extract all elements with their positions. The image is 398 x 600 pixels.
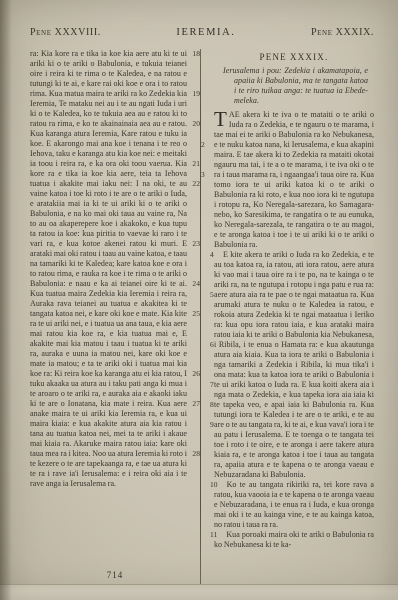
verse-number: 18 xyxy=(192,49,200,59)
page-bottom-edge xyxy=(0,584,398,600)
verse-number: 24 xyxy=(192,279,200,289)
verse-number: 6 xyxy=(201,340,214,350)
verse-number: 10 xyxy=(201,480,218,490)
verse-paragraph: ra: 18Kia kore ra e tika ia koe kia aere… xyxy=(30,49,187,489)
right-column: PENE XXXIX. Ierusalema i pou: Zedekia i … xyxy=(201,49,374,586)
verse-number: 20 xyxy=(192,119,200,129)
running-head-left-chapter: Pene XXXVIII. xyxy=(30,27,101,38)
verse-number: 21 xyxy=(192,159,200,169)
chapter-heading: PENE XXXIX. xyxy=(214,52,374,62)
verse-number: 8 xyxy=(201,400,214,410)
verse-number: 9 xyxy=(201,420,214,430)
verse-number: 5 xyxy=(201,290,214,300)
verse-paragraph: 4E kite akera te ariki o Iuda ra ko Zede… xyxy=(214,250,374,480)
verse-paragraph: 11Kua poroaki maira oki te ariki o Babul… xyxy=(214,530,374,550)
running-head: Pene XXXVIII. IEREMIA. Pene XXXIX. xyxy=(30,27,374,38)
page-number: 714 xyxy=(30,570,200,580)
book-page-photo: Pene XXXVIII. IEREMIA. Pene XXXIX. ra: 1… xyxy=(0,0,398,600)
gutter-shadow xyxy=(0,0,12,600)
drop-cap-initial: T xyxy=(214,110,229,128)
verse-number: 4 xyxy=(201,250,214,260)
running-head-book-title: IEREMIA. xyxy=(176,27,235,38)
verse-number: 23 xyxy=(192,239,200,249)
verse-number: 2 xyxy=(201,140,205,150)
left-column: ra: 18Kia kore ra e tika ia koe kia aere… xyxy=(30,49,200,586)
verse-paragraph: TAE akera ki te iva o te mataiti o te ar… xyxy=(214,110,374,250)
verse-number: 26 xyxy=(192,369,200,379)
verse-number: 27 xyxy=(192,399,200,409)
chapter-summary: Ierusalema i pou: Zedekia i akamatapoia,… xyxy=(214,66,374,106)
verse-number: 11 xyxy=(201,530,217,540)
verse-number: 22 xyxy=(192,179,200,189)
right-column-verses: TAE akera ki te iva o te mataiti o te ar… xyxy=(214,110,374,550)
verse-number: 19 xyxy=(192,89,200,99)
text-columns: ra: 18Kia kore ra e tika ia koe kia aere… xyxy=(30,49,374,586)
verse-number: 3 xyxy=(201,170,205,180)
verse-paragraph: 10Ko te au tangata rikiriki ra, tei kore… xyxy=(214,480,374,530)
running-head-right-chapter: Pene XXXIX. xyxy=(311,27,374,38)
verse-number: 25 xyxy=(192,309,200,319)
verse-number: 7 xyxy=(201,380,214,390)
verse-number: 28 xyxy=(192,449,200,459)
